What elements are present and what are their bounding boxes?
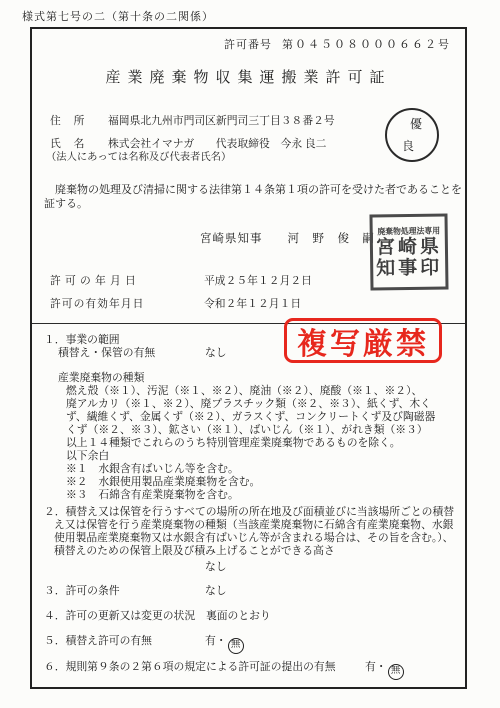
governor-seal-row2: 知事印 [376, 258, 442, 280]
section2-line: 積替えのための保管上限及び積み上げることができる高さ [54, 545, 335, 558]
waste-footnote: ※３ 石綿含有産業廃棄物を含む。 [66, 489, 239, 502]
governor-seal-row1: 宮崎県 [376, 237, 442, 259]
certification-line2: 証する。 [44, 198, 88, 211]
no-copy-stamp: 複写厳禁 [284, 318, 442, 363]
governor-name: 宮崎県知事 河 野 俊 嗣 [200, 233, 375, 246]
permit-number-row: 許可番号第０４５０８０００６６２号 [224, 36, 451, 52]
name-label: 氏 名 [50, 138, 85, 151]
section1-transfer-value: なし [205, 347, 227, 360]
document-title: 産業廃棄物収集運搬業許可証 [32, 66, 465, 87]
permit-number-value: 第０４５０８０００６６２号 [282, 39, 451, 51]
document-border: 許可番号第０４５０８０００６６２号 産業廃棄物収集運搬業許可証 住 所 福岡県北… [30, 27, 467, 689]
waste-line: 以上１４種類でこれらのうち特別管理産業廃棄物であるものを除く。 [66, 437, 400, 450]
waste-line: 以下余白 [66, 450, 109, 463]
section5-label: ５．積替え許可の有無 [44, 635, 152, 648]
section1-heading: １．事業の範囲 [44, 334, 120, 347]
section5-circled-no: 無 [228, 638, 244, 654]
section1-waste-heading: 産業廃棄物の種類 [58, 372, 144, 385]
waste-line: 廃アルカリ（※１、※２）、廃プラスチック類（※２、※３）、紙くず、木く [66, 398, 431, 411]
valid-date-value: 令和２年１２月１日 [204, 298, 301, 311]
section6-label: ６．規則第９条の２第６項の規定による許可証の提出の有無 [44, 661, 336, 674]
address-label: 住 所 [50, 115, 85, 128]
section2-value: なし [205, 561, 227, 574]
section6-yes: 有 [365, 661, 376, 673]
section5-choice: 有・無 [205, 635, 244, 654]
section3-label: ３．許可の条件 [44, 585, 120, 598]
section1-transfer-label: 積替え・保管の有無 [58, 347, 155, 360]
section3-value: なし [205, 585, 227, 598]
section2-line: 使用製品産業廃棄物又は水銀含有ばいじん等が含まれる場合は、その旨を含む。）、 [54, 532, 453, 545]
section6-circled-no: 無 [388, 664, 404, 680]
governor-seal-header: 廃棄物処理法専用 [377, 225, 440, 238]
address-value: 福岡県北九州市門司区新門司三丁目３８番２号 [108, 115, 335, 128]
issue-date-label: 許可の年月日 [50, 275, 140, 288]
excellent-grade-seal-icon: 優 良 [385, 108, 439, 162]
waste-line: くず（※２、※３）、鉱さい（※１）、ばいじん（※１）、がれき類（※３） [66, 424, 428, 437]
section5-yes: 有 [205, 635, 216, 647]
waste-line: ず、繊維くず、金属くず（※２）、ガラスくず、コンクリートくず及び陶磁器 [66, 411, 435, 424]
section5-separator: ・ [216, 635, 227, 647]
waste-footnote: ※２ 水銀使用製品産業廃棄物を含む。 [66, 476, 260, 489]
issue-date-value: 平成２５年１２月２日 [204, 275, 312, 288]
section2-line: え又は保管を行う産業廃棄物の種類（当該産業廃棄物に石綿含有産業廃棄物、水銀 [54, 519, 453, 532]
grade-seal-bottom-char: 良 [402, 137, 414, 154]
corporation-note: （法人にあっては名称及び代表者氏名） [46, 151, 231, 164]
section6-choice: 有・無 [365, 661, 404, 680]
section6-separator: ・ [376, 661, 387, 673]
permit-document-page: { "meta": { "form_label": "様式第七号の二（第十条の二… [0, 0, 500, 708]
name-value: 株式会社イマナガ 代表取締役 今永 良二 [108, 138, 326, 151]
waste-footnote: ※１ 水銀含有ばいじん等を含む。 [66, 463, 239, 476]
section2-line: ２．積替え又は保管を行うすべての場所の所在地及び面積並びに当該場所ごとの積替 [44, 506, 454, 519]
governor-official-seal-icon: 廃棄物処理法専用 宮崎県 知事印 [369, 213, 448, 290]
valid-date-label: 許可の有効年月日 [50, 298, 144, 311]
section4-label: ４．許可の更新又は変更の状況 裏面のとおり [44, 610, 271, 623]
certification-line1: 廃棄物の処理及び清掃に関する法律第１４条第１項の許可を受けた者であることを [44, 184, 462, 197]
waste-line: 燃え殻（※１）、汚泥（※１、※２）、廃油（※２）、廃酸（※１、※２）、 [66, 385, 422, 398]
grade-seal-top-char: 優 [410, 115, 422, 132]
permit-number-label: 許可番号 [224, 39, 272, 51]
form-number-label: 様式第七号の二（第十条の二関係） [22, 8, 214, 24]
